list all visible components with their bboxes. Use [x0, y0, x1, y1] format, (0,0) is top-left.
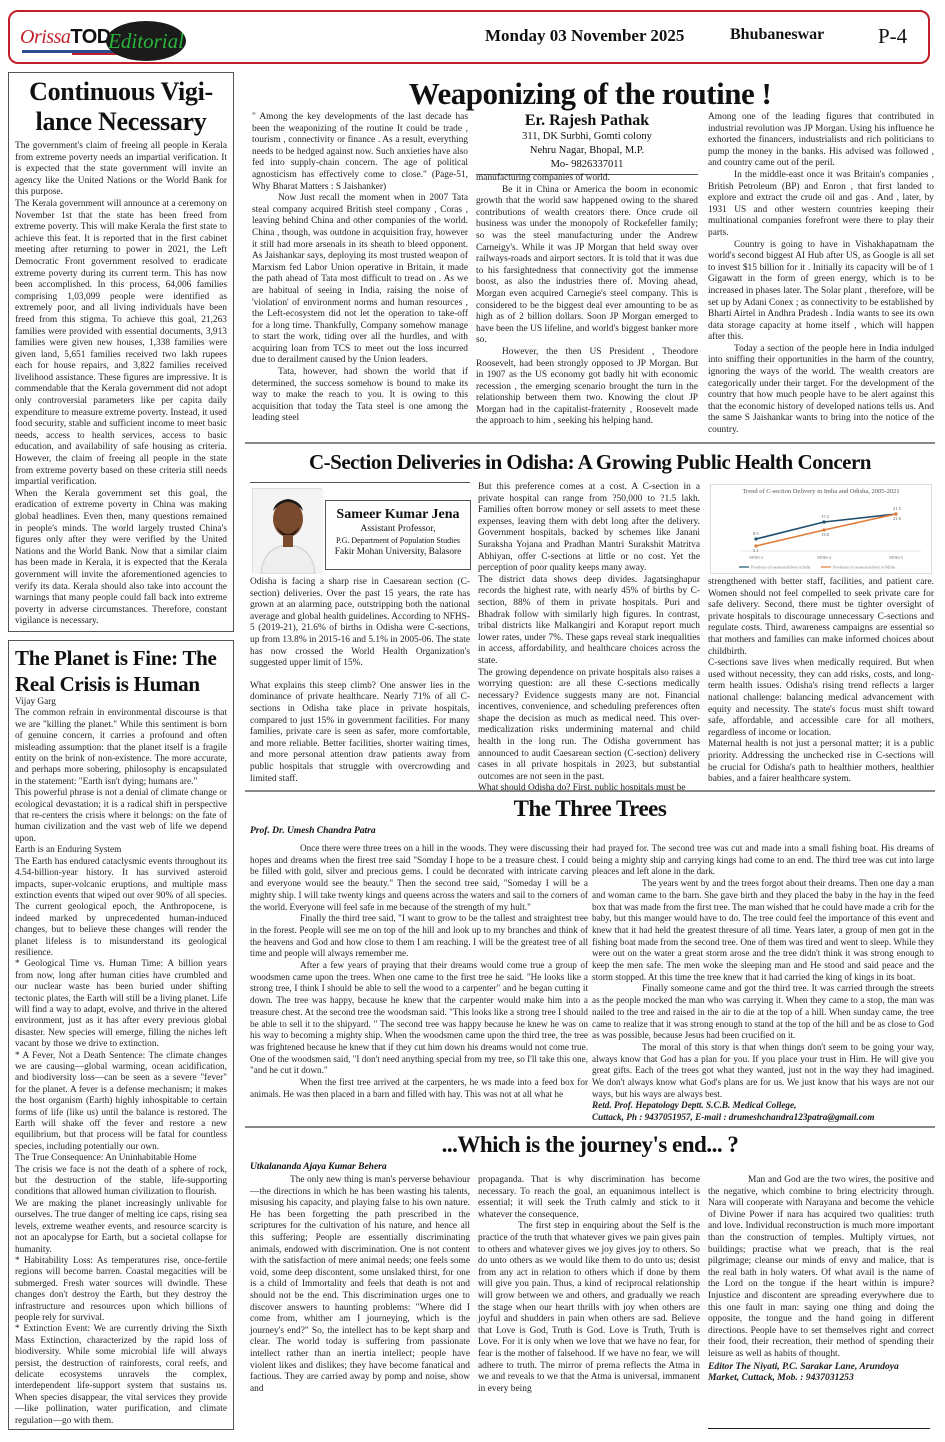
author-title: Assistant Professor,	[326, 523, 470, 535]
svg-text:5.1: 5.1	[753, 548, 759, 553]
article-title-journeys-end: ...Which is the journey's end... ?	[245, 1132, 935, 1158]
divider	[245, 790, 935, 792]
paragraph: What explains this steep climb? One answ…	[250, 681, 470, 785]
svg-text:21.6: 21.6	[893, 516, 902, 521]
paragraph: strengthened with better staff, faciliti…	[708, 577, 934, 658]
author-phone: Mo- 9826337011	[476, 158, 698, 172]
article-title-three-trees: The Three Trees	[245, 796, 935, 822]
subheading: Earth is an Enduring System	[15, 845, 227, 856]
author-signoff: Editor The Niyati, P.C. Sarakar Lane, Ar…	[708, 1361, 934, 1373]
paragraph: The growing dependence on private hospit…	[478, 668, 700, 784]
divider	[250, 482, 470, 483]
author-name: Sameer Kumar Jena	[326, 507, 470, 523]
paragraph: * Extinction Event: We are currently dri…	[15, 1324, 227, 1427]
paragraph: But this preference comes at a cost. A C…	[478, 482, 700, 575]
paragraph: This powerful phrase is not a denial of …	[15, 788, 227, 845]
paragraph: Once there were three trees on a hill in…	[250, 843, 588, 913]
paragraph: We are making the planet increasingly un…	[15, 1199, 227, 1256]
csection-col-3: strengthened with better staff, faciliti…	[708, 577, 934, 786]
paragraph: The district data shows deep divides. Ja…	[478, 575, 700, 668]
paragraph: Now Just recall the moment when in 2007 …	[252, 193, 468, 367]
article-title-csection: C-Section Deliveries in Odisha: A Growin…	[245, 450, 935, 475]
article-body: Vijay Garg The common refrain in environ…	[15, 697, 227, 1427]
svg-text:NFHS-4: NFHS-4	[817, 555, 832, 560]
paragraph: * Habitability Loss: As temperatures ris…	[15, 1256, 227, 1324]
author-box-rajesh-pathak: Er. Rajesh Pathak 311, DK Surbhi, Gomti …	[476, 112, 698, 175]
svg-text:13.8: 13.8	[821, 532, 830, 537]
divider	[245, 1126, 935, 1128]
svg-text:Prevalence of caesarean delive: Prevalence of caesarean delivery in Indi…	[751, 566, 811, 570]
paragraph: Today a section of the people here in In…	[708, 344, 934, 437]
issue-date: Monday 03 November 2025	[485, 26, 684, 46]
paragraph: had prayed for. The second tree was cut …	[592, 843, 934, 878]
author-signoff: Retd. Prof. Hepatology Deptt. S.C.B. Med…	[592, 1100, 934, 1112]
logo-orissa: Orissa	[20, 26, 70, 48]
paragraph: When the first tree arrived at the carpe…	[250, 1077, 588, 1100]
author-department: P.G. Department of Population Studies	[326, 535, 470, 546]
paragraph: Country is going to have in Vishakhapatn…	[708, 240, 934, 344]
paragraph: The moral of this story is that when thi…	[592, 1042, 934, 1101]
divider	[708, 1428, 930, 1429]
paragraph: However, the then US President , Theodor…	[476, 347, 698, 428]
paragraph: The crisis we face is not the death of a…	[15, 1165, 227, 1199]
article-title: Continuous Vigi- lance Necessary	[15, 77, 227, 137]
svg-text:21.5: 21.5	[893, 506, 902, 511]
svg-text:NFHS-5: NFHS-5	[889, 555, 903, 560]
journey-col-3: Man and God are the two wires, the posit…	[708, 1175, 934, 1384]
paragraph: " Among the key developments of the last…	[252, 112, 468, 193]
paragraph: In the middle-east once it was Britain's…	[708, 170, 934, 240]
paragraph: The years went by and the trees forgot a…	[592, 878, 934, 983]
author-name: Er. Rajesh Pathak	[476, 112, 698, 130]
author-photo	[252, 488, 322, 573]
author-address: 311, DK Surbhi, Gomti colony	[476, 130, 698, 144]
paragraph: Finally someone came and got the third t…	[592, 983, 934, 1042]
article-title-weaponizing: Weaponizing of the routine !	[245, 76, 935, 112]
csection-trend-chart: Trend of C-section Delivery in India and…	[710, 484, 932, 574]
article-title: The Planet is Fine: The Real Crisis is H…	[15, 645, 227, 697]
svg-text:Prevalence of caesarean delive: Prevalence of caesarean delivery in Odis…	[833, 566, 895, 570]
weaponizing-col-2: manufacturing companies of world. Be it …	[476, 173, 698, 428]
author-contact: Market, Cuttack, Mob. : 9437031253	[708, 1372, 934, 1384]
svg-text:NFHS-3: NFHS-3	[749, 555, 763, 560]
journey-col-1: The only new thing is man's perverse beh…	[250, 1175, 470, 1395]
subheading: The True Consequence: An Uninhabitable H…	[15, 1153, 227, 1164]
article-body: The government's claim of freeing all pe…	[15, 141, 227, 628]
author-byline: Prof. Dr. Umesh Chandra Patra	[250, 826, 376, 836]
author-address: Nehru Nagar, Bhopal, M.P.	[476, 144, 698, 158]
article-planet-is-fine: The Planet is Fine: The Real Crisis is H…	[8, 640, 234, 1430]
paragraph: The first step in enquiring about the Se…	[478, 1221, 700, 1395]
chart-title: Trend of C-section Delivery in India and…	[711, 485, 931, 496]
paragraph: * Geological Time vs. Human Time: A bill…	[15, 959, 227, 1050]
paragraph: The Earth has endured cataclysmic events…	[15, 857, 227, 960]
paragraph: Finally the third tree said, "I want to …	[250, 913, 588, 960]
author-contact: Cuttack, Ph : 9437051957, E-mail : drume…	[592, 1112, 934, 1124]
title-line-2: Real Crisis is Human	[15, 671, 227, 697]
edition-city: Bhubaneswar	[730, 26, 824, 44]
author-byline: Vijay Garg	[15, 697, 227, 708]
divider	[245, 442, 935, 444]
title-line-2: lance Necessary	[15, 107, 227, 137]
csection-col-2: But this preference comes at a cost. A C…	[478, 482, 700, 795]
paragraph: Maternal health is not just a personal m…	[708, 739, 934, 785]
paragraph: propaganda. That is why discrimination h…	[478, 1175, 700, 1221]
title-line-1: Continuous Vigi-	[15, 77, 227, 107]
paragraph: Be it in China or America the boom in ec…	[476, 185, 698, 347]
author-university: Fakir Mohan University, Balasore	[326, 546, 470, 558]
paragraph: Tata, however, had shown the world that …	[252, 367, 468, 425]
paragraph: C-sections save lives when medically req…	[708, 658, 934, 739]
paragraph: After a few years of praying that their …	[250, 960, 588, 1077]
title-line-1: The Planet is Fine: The	[15, 645, 227, 671]
author-byline: Utkalananda Ajaya Kumar Behera	[250, 1162, 387, 1172]
paragraph: * A Fever, Not a Death Sentence: The cli…	[15, 1051, 227, 1154]
three-trees-col-1: Once there were three trees on a hill in…	[250, 843, 588, 1100]
chart-plot: 8.5 17.2 21.5 5.1 13.8 21.6 NFHS-3 NFHS-…	[711, 503, 933, 573]
paragraph: When the Kerala government set this goal…	[15, 489, 227, 628]
author-box-sameer-jena: Sameer Kumar Jena Assistant Professor, P…	[325, 500, 471, 570]
csection-col-1: Odisha is facing a sharp rise in Caesare…	[250, 577, 470, 785]
weaponizing-col-1: " Among the key developments of the last…	[252, 112, 468, 425]
paragraph: Man and God are the two wires, the posit…	[708, 1175, 934, 1361]
paragraph: manufacturing companies of world.	[476, 173, 698, 185]
paragraph: Among one of the leading figures that co…	[708, 112, 934, 170]
page-number: P-4	[878, 24, 907, 49]
paragraph: The only new thing is man's perverse beh…	[250, 1175, 470, 1395]
svg-text:8.5: 8.5	[753, 531, 759, 536]
weaponizing-col-3: Among one of the leading figures that co…	[708, 112, 934, 437]
masthead: OrissaTODAY Editorial Monday 03 November…	[8, 10, 930, 64]
section-label: Editorial	[108, 29, 184, 54]
svg-text:17.2: 17.2	[821, 514, 829, 519]
article-continuous-vigilance: Continuous Vigi- lance Necessary The gov…	[8, 72, 234, 632]
paragraph: The common refrain in environmental disc…	[15, 708, 227, 788]
section-badge: Editorial	[106, 21, 186, 61]
paragraph: The government's claim of freeing all pe…	[15, 141, 227, 199]
three-trees-col-2: had prayed for. The second tree was cut …	[592, 843, 934, 1124]
paragraph: Odisha is facing a sharp rise in Caesare…	[250, 577, 470, 670]
paragraph: The Kerala government will announce at a…	[15, 199, 227, 489]
journey-col-2: propaganda. That is why discrimination h…	[478, 1175, 700, 1395]
